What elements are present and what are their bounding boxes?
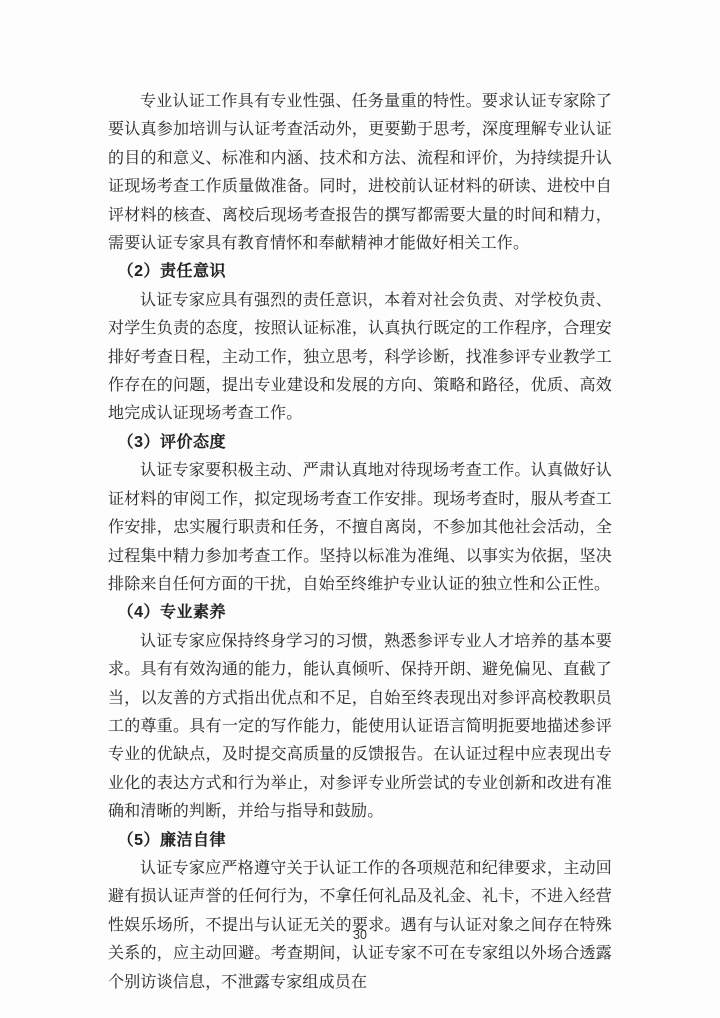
- section-body-evaluation-attitude: 认证专家要积极主动、严肃认真地对待现场考查工作。认真做好认证材料的审阅工作，拟定…: [108, 457, 612, 599]
- section-body-integrity-self-discipline: 认证专家应严格遵守关于认证工作的各项规范和纪律要求，主动回避有损认证声誉的任何行…: [108, 855, 612, 997]
- section-heading-responsibility: （2）责任意识: [108, 258, 612, 286]
- intro-paragraph: 专业认证工作具有专业性强、任务量重的特性。要求认证专家除了要认真参加培训与认证考…: [108, 88, 612, 258]
- document-page: 专业认证工作具有专业性强、任务量重的特性。要求认证专家除了要认真参加培训与认证考…: [0, 0, 720, 1018]
- page-number: 30: [0, 928, 720, 942]
- section-heading-evaluation-attitude: （3）评价态度: [108, 429, 612, 457]
- section-body-professional-quality: 认证专家应保持终身学习的习惯，熟悉参评专业人才培养的基本要求。具有有效沟通的能力…: [108, 628, 612, 827]
- section-heading-professional-quality: （4）专业素养: [108, 599, 612, 627]
- page-content: 专业认证工作具有专业性强、任务量重的特性。要求认证专家除了要认真参加培训与认证考…: [108, 88, 612, 997]
- section-heading-integrity-self-discipline: （5）廉洁自律: [108, 827, 612, 855]
- section-body-responsibility: 认证专家应具有强烈的责任意识，本着对社会负责、对学校负责、对学生负责的态度，按照…: [108, 287, 612, 429]
